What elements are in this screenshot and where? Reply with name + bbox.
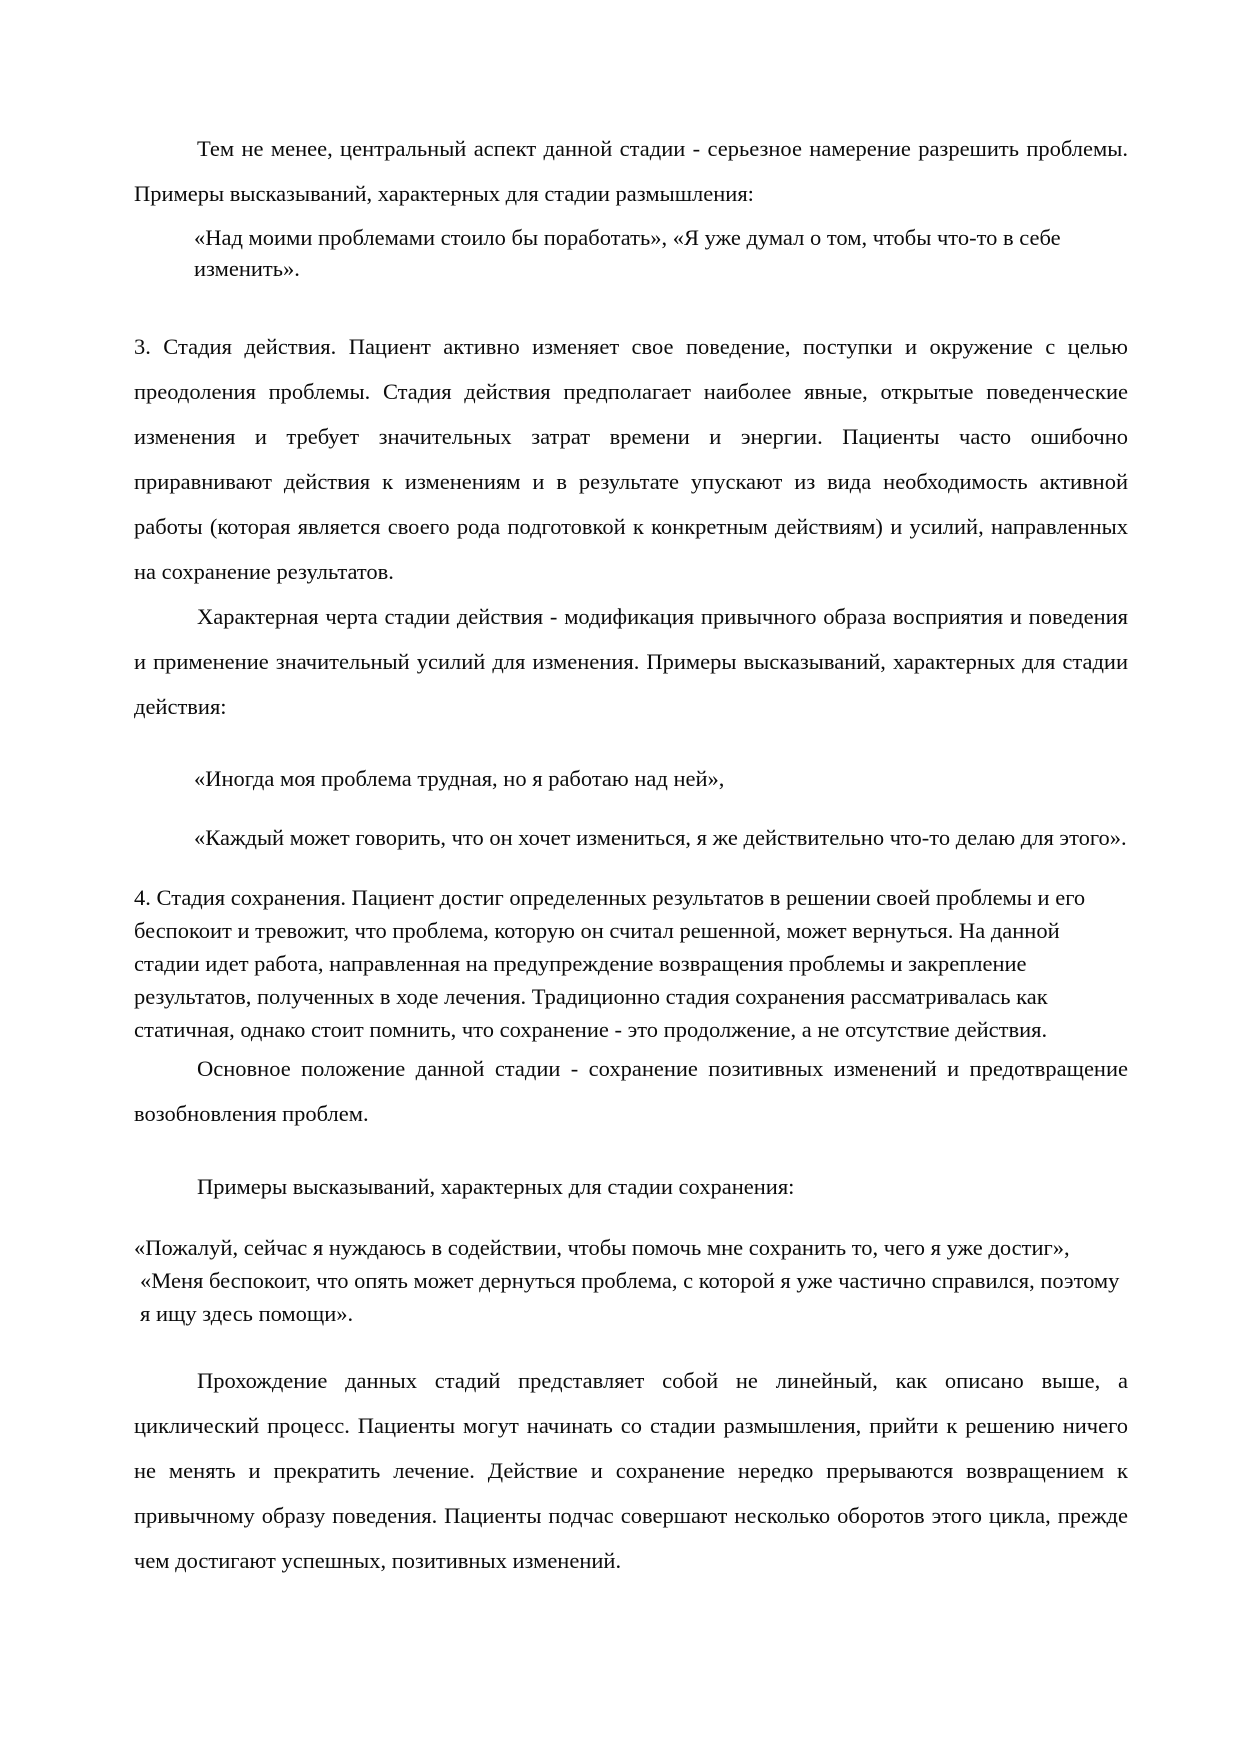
quote-action-example-1: «Иногда моя проблема трудная, но я работ…: [194, 763, 1128, 794]
paragraph-cyclical-process: Прохождение данных стадий представляет с…: [134, 1358, 1128, 1583]
paragraph-action-trait: Характерная черта стадии действия - моди…: [134, 594, 1128, 729]
quote-contemplation-examples: «Над моими проблемами стоило бы поработа…: [194, 222, 1128, 284]
paragraph-maintenance-examples-intro: Примеры высказываний, характерных для ст…: [134, 1170, 1128, 1203]
quote-maintenance-example-2: «Меня беспокоит, что опять может дернуть…: [134, 1264, 1128, 1330]
quote-action-example-2: «Каждый может говорить, что он хочет изм…: [194, 822, 1128, 853]
paragraph-maintenance-core: Основное положение данной стадии - сохра…: [134, 1046, 1128, 1136]
paragraph-contemplation-intro: Тем не менее, центральный аспект данной …: [134, 126, 1128, 216]
quote-maintenance-example-1: «Пожалуй, сейчас я нуждаюсь в содействии…: [134, 1231, 1128, 1264]
paragraph-maintenance-stage: 4. Стадия сохранения. Пациент достиг опр…: [134, 881, 1128, 1046]
paragraph-action-stage: 3. Стадия действия. Пациент активно изме…: [134, 324, 1128, 594]
document-page: Тем не менее, центральный аспект данной …: [0, 0, 1240, 1752]
